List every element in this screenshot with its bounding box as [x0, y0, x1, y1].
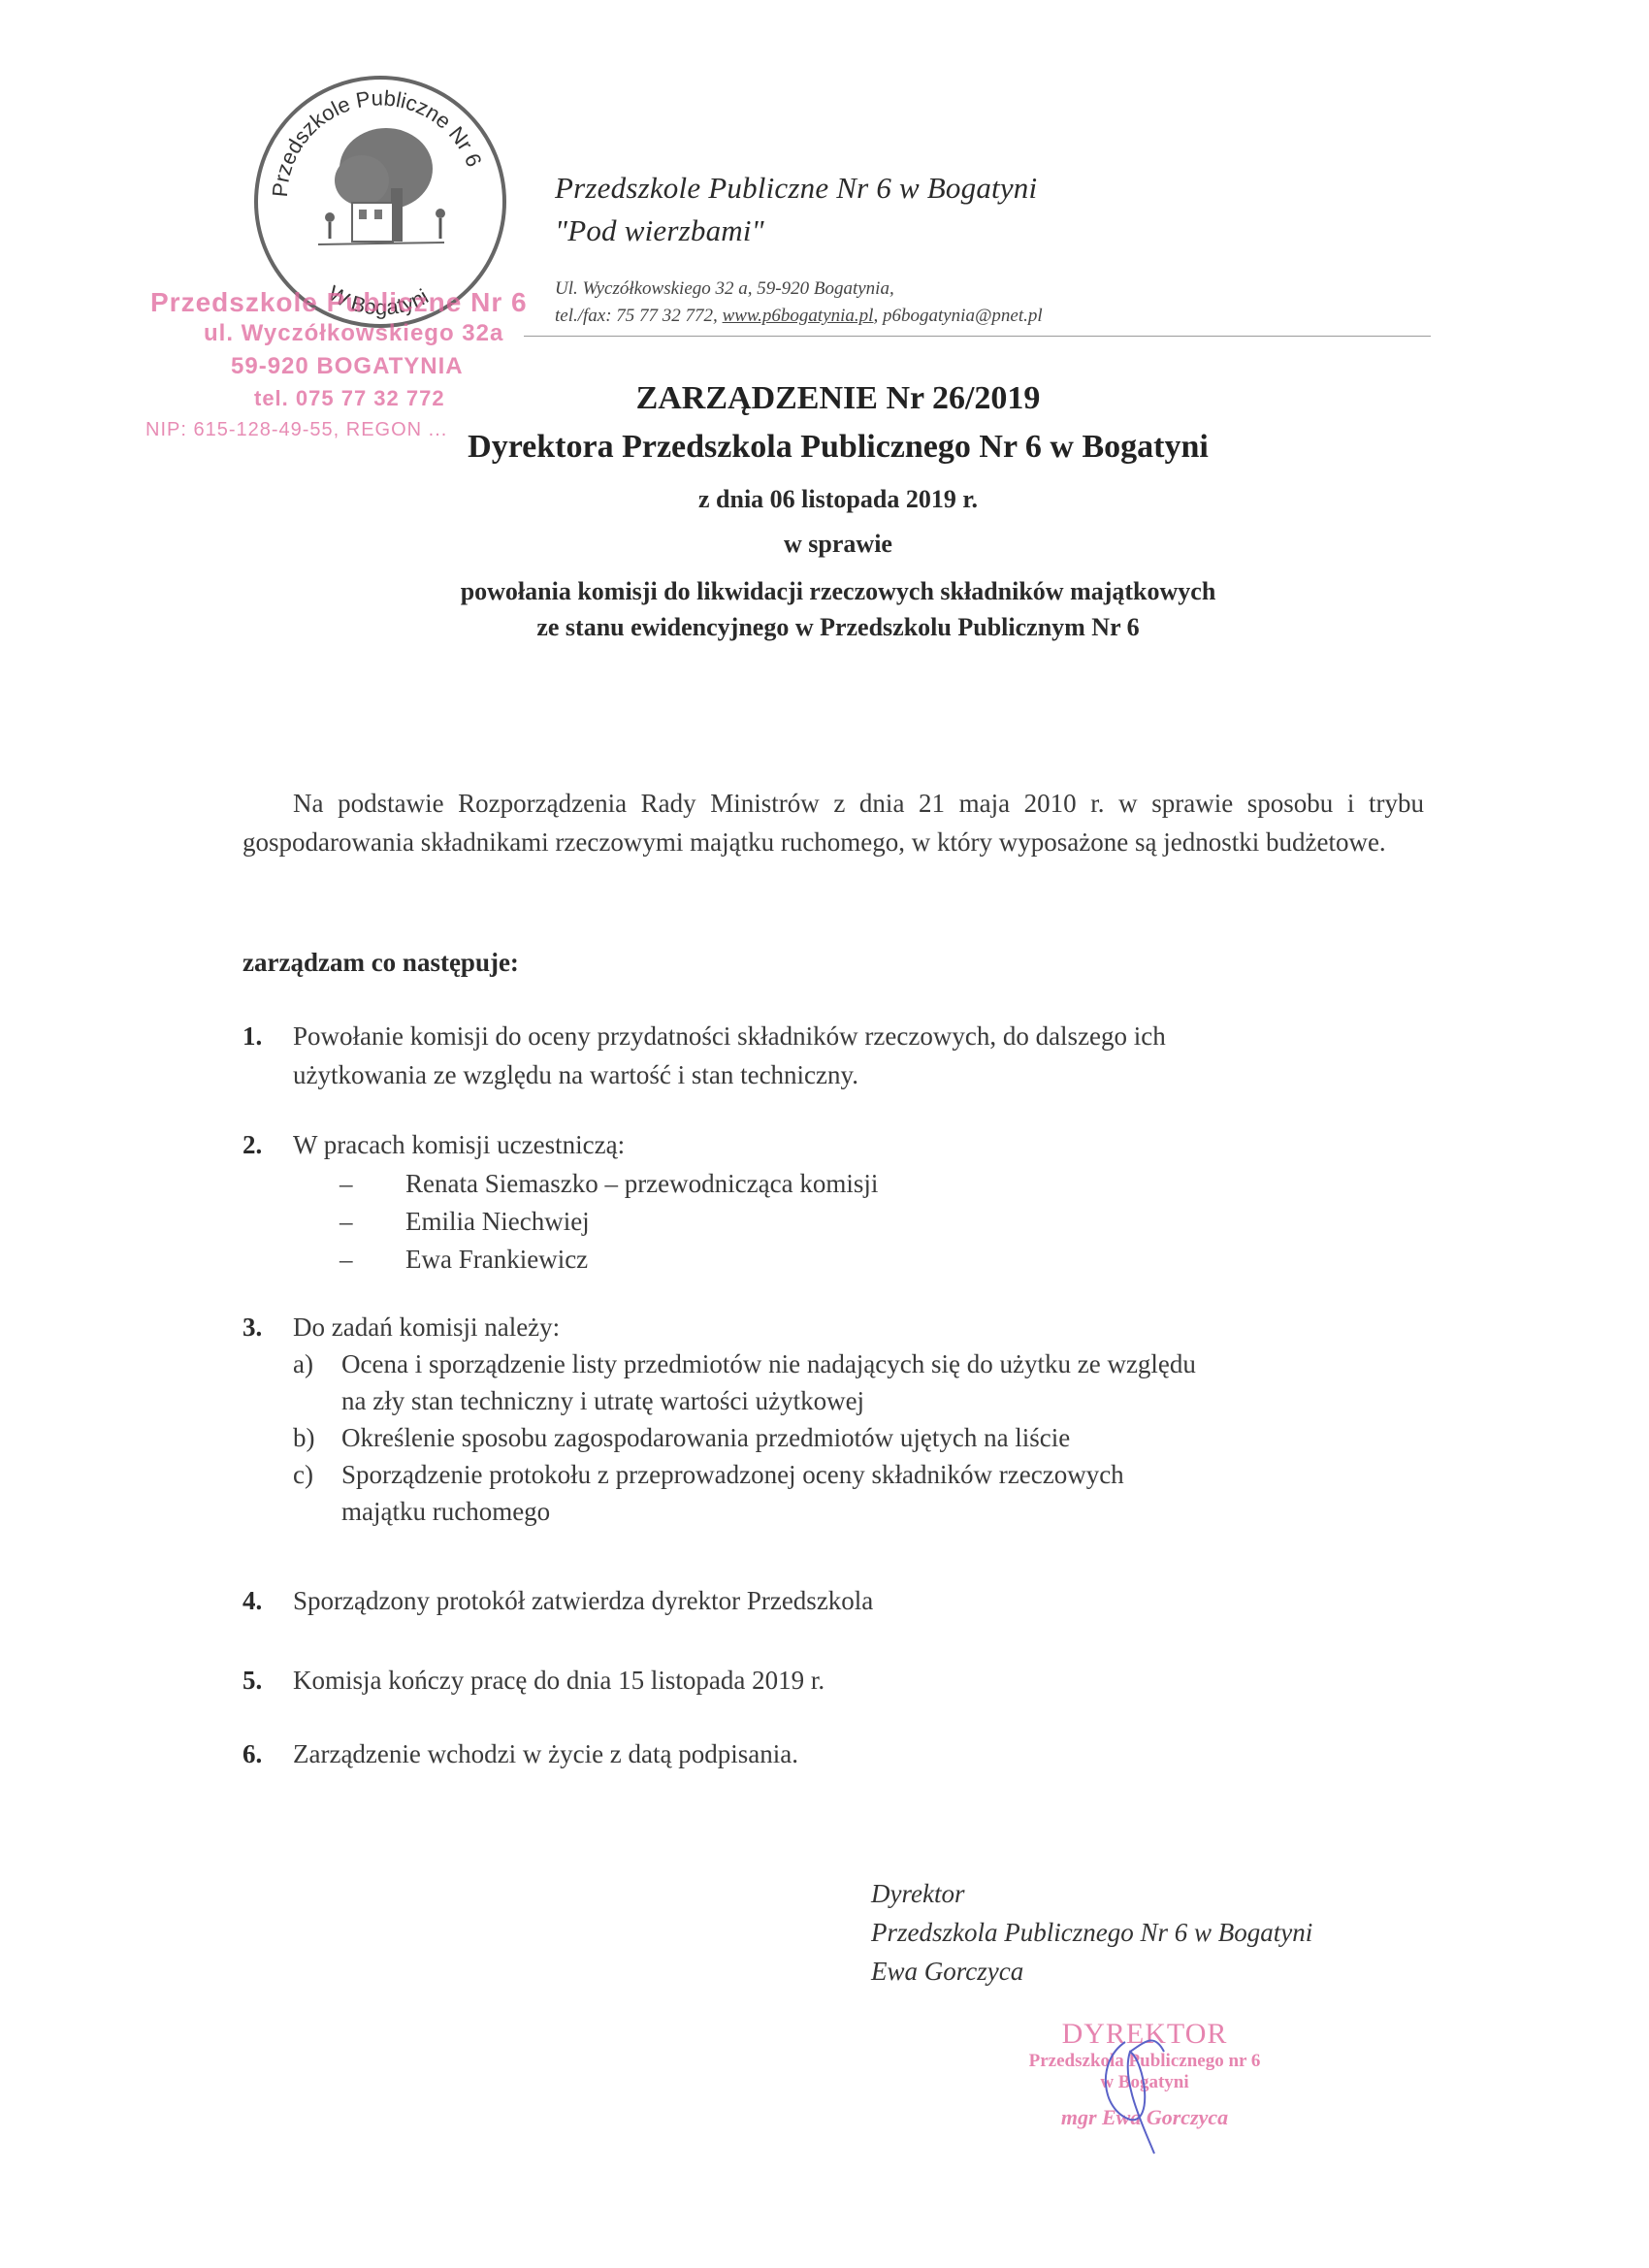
header-school-name: Przedszkole Publiczne Nr 6 w Bogatyni — [555, 171, 1037, 206]
signature-institution: Przedszkola Publicznego Nr 6 w Bogatyni — [871, 1913, 1312, 1952]
committee-member: Ewa Frankiewicz — [405, 1240, 588, 1279]
task-text: Określenie sposobu zagospodarowania prze… — [341, 1418, 1070, 1457]
list-dash: – — [339, 1202, 353, 1241]
handwritten-signature — [1086, 2023, 1183, 2158]
legal-basis-paragraph: Na podstawie Rozporządzenia Rady Ministr… — [242, 784, 1424, 861]
institution-stamp-line: 59-920 BOGATYNIA — [231, 353, 464, 380]
item-text: Powołanie komisji do oceny przydatności … — [293, 1017, 1166, 1055]
item-text: W pracach komisji uczestniczą: — [293, 1125, 625, 1164]
item-text: Komisja kończy pracę do dnia 15 listopad… — [293, 1661, 824, 1700]
item-number: 1. — [242, 1017, 262, 1055]
task-text: Sporządzenie protokołu z przeprowadzonej… — [341, 1455, 1124, 1494]
item-number: 5. — [242, 1661, 262, 1700]
decree-in-matter: w sprawie — [0, 530, 1649, 559]
task-text: Ocena i sporządzenie listy przedmiotów n… — [341, 1345, 1196, 1383]
header-address: Ul. Wyczółkowskiego 32 a, 59-920 Bogatyn… — [555, 278, 894, 300]
list-dash: – — [339, 1240, 353, 1279]
item-number: 6. — [242, 1734, 262, 1773]
task-text-cont: na zły stan techniczny i utratę wartości… — [341, 1381, 864, 1420]
institution-stamp-line: ul. Wyczółkowskiego 32a — [204, 320, 503, 347]
header-website-link[interactable]: www.p6bogatynia.pl — [723, 306, 874, 326]
committee-member: Emilia Niechwiej — [405, 1202, 590, 1241]
item-number: 4. — [242, 1581, 262, 1620]
decree-intro: zarządzam co następuje: — [242, 943, 1424, 982]
list-dash: – — [339, 1164, 353, 1203]
decree-heading: ZARZĄDZENIE Nr 26/2019 — [0, 380, 1649, 417]
item-text: Zarządzenie wchodzi w życie z datą podpi… — [293, 1734, 798, 1773]
committee-member: Renata Siemaszko – przewodnicząca komisj… — [405, 1164, 878, 1203]
institution-stamp-line: Przedszkole Publiczne Nr 6 — [150, 287, 528, 318]
header-email: , p6bogatynia@pnet.pl — [873, 306, 1042, 326]
task-label: c) — [293, 1455, 313, 1494]
decree-subject-line1: powołania komisji do likwidacji rzeczowy… — [0, 577, 1649, 606]
item-number: 2. — [242, 1125, 262, 1164]
header-contact: tel./fax: 75 77 32 772, www.p6bogatynia.… — [555, 306, 1043, 327]
task-text-cont: majątku ruchomego — [341, 1492, 550, 1531]
task-label: a) — [293, 1345, 313, 1383]
item-text-cont: użytkowania ze względu na wartość i stan… — [293, 1055, 858, 1094]
item-text: Sporządzony protokół zatwierdza dyrektor… — [293, 1581, 873, 1620]
signature-name: Ewa Gorczyca — [871, 1952, 1023, 1991]
decree-subject-line2: ze stanu ewidencyjnego w Przedszkolu Pub… — [0, 613, 1649, 642]
header-phone: tel./fax: 75 77 32 772, — [555, 306, 723, 326]
signature-role: Dyrektor — [871, 1874, 964, 1913]
decree-issuer: Dyrektora Przedszkola Publicznego Nr 6 w… — [0, 429, 1649, 466]
header-school-nickname: "Pod wierzbami" — [555, 213, 764, 248]
header-divider — [524, 336, 1431, 337]
task-label: b) — [293, 1418, 315, 1457]
item-text: Do zadań komisji należy: — [293, 1308, 560, 1346]
item-number: 3. — [242, 1308, 262, 1346]
decree-date: z dnia 06 listopada 2019 r. — [0, 485, 1649, 514]
